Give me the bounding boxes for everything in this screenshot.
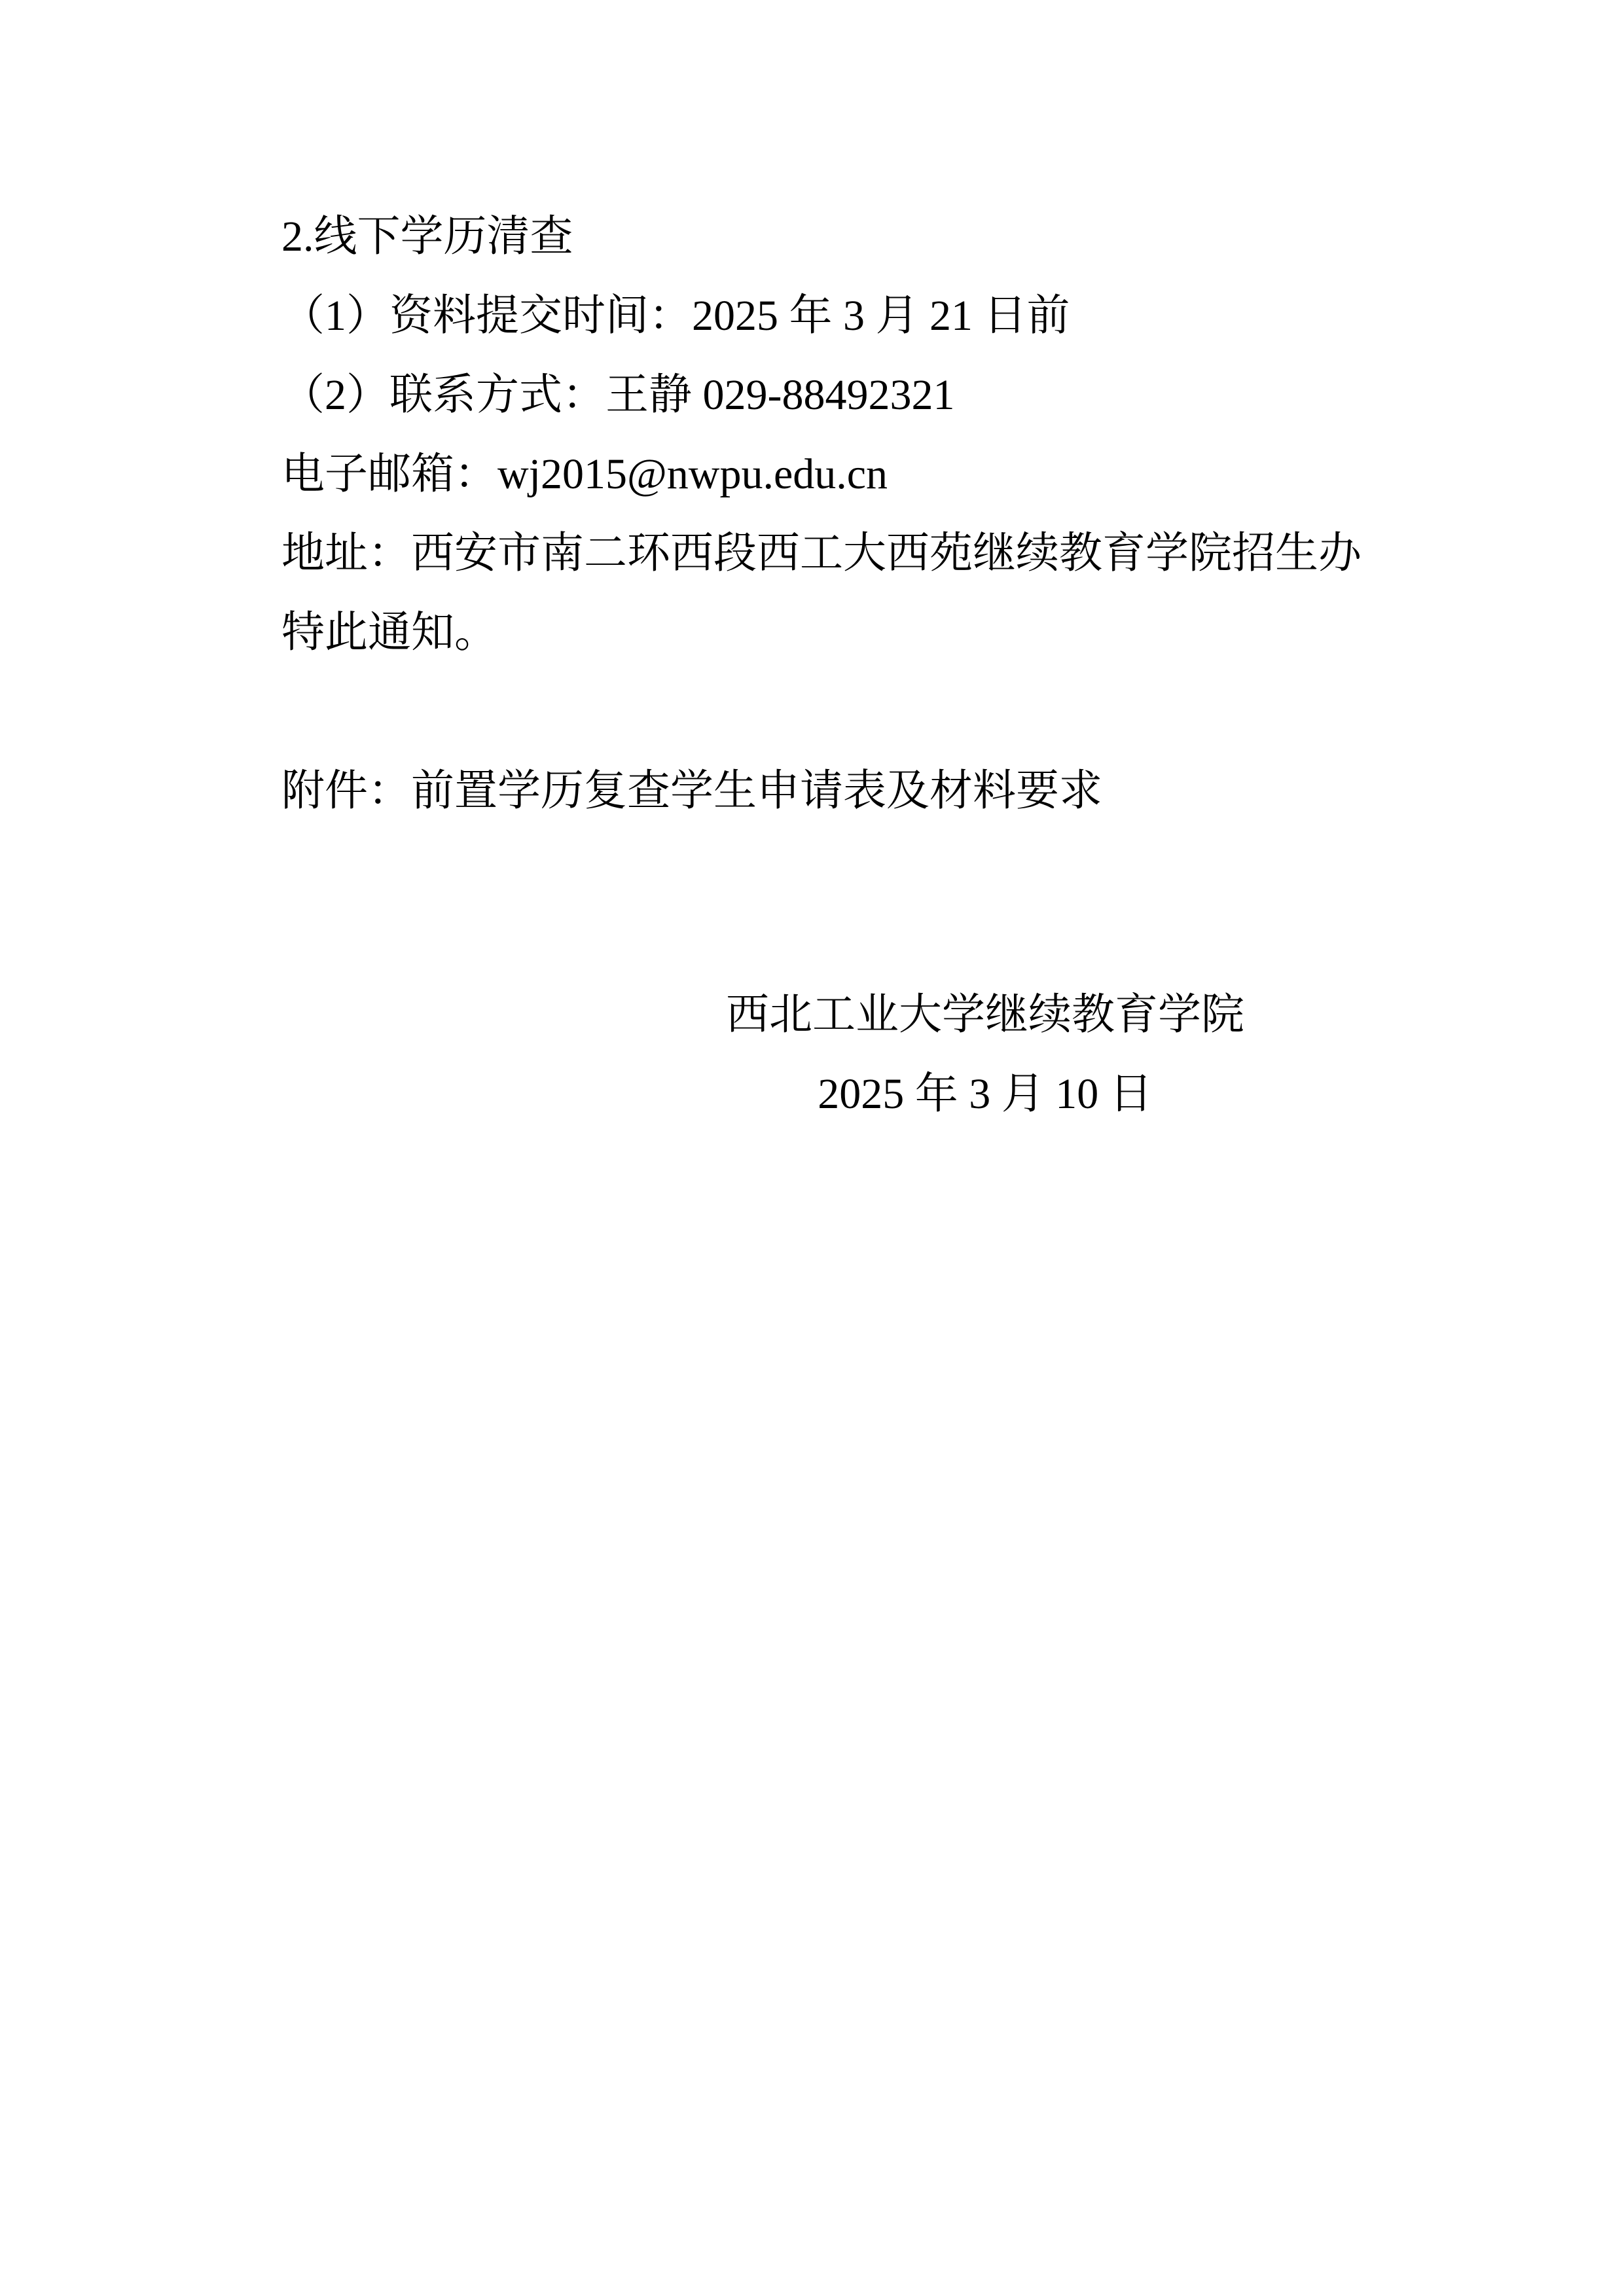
item-address: 地址：西安市南二环西段西工大西苑继续教育学院招生办: [281, 514, 1427, 593]
notice-body: 2.线下学历清查 （1）资料提交时间：2025 年 3 月 21 日前 （2）联…: [281, 197, 1427, 831]
signature-date: 2025 年 3 月 10 日: [340, 1054, 1624, 1134]
attachment-line: 附件：前置学历复查学生申请表及材料要求: [281, 751, 1427, 831]
closing-line: 特此通知。: [281, 593, 1427, 672]
item-submission-time: （1）资料提交时间：2025 年 3 月 21 日前: [281, 276, 1427, 355]
item-contact: （2）联系方式：王静 029-88492321: [281, 355, 1427, 435]
document-page: 2.线下学历清查 （1）资料提交时间：2025 年 3 月 21 日前 （2）联…: [0, 0, 1624, 2296]
item-email: 电子邮箱：wj2015@nwpu.edu.cn: [281, 435, 1427, 514]
signature-organization: 西北工业大学继续教育学院: [340, 975, 1624, 1054]
signature-block: 西北工业大学继续教育学院 2025 年 3 月 10 日: [340, 975, 1624, 1134]
section-heading: 2.线下学历清查: [281, 197, 1427, 276]
